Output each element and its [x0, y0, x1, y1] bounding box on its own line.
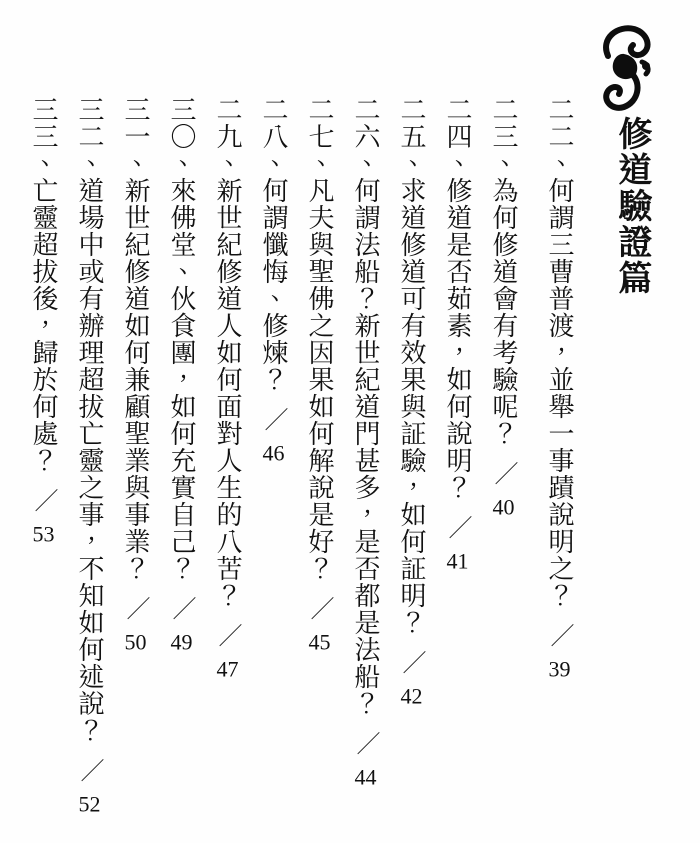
- page-number: 49: [169, 631, 194, 653]
- page-separator: ／: [444, 515, 470, 540]
- toc-entry-33: 三三、亡靈超拔後，歸於何處？／53: [20, 96, 66, 836]
- page-separator: ／: [490, 461, 516, 486]
- toc-entry-text: 二三、為何修道會有考驗呢？: [489, 96, 518, 447]
- page-number: 44: [353, 766, 378, 788]
- toc-entry-30: 三〇、來佛堂、伙食團，如何充實自己？／49: [158, 96, 204, 836]
- page-separator: ／: [306, 596, 332, 621]
- toc-entry-25: 二五、求道修道可有效果與証驗，如何証明？／42: [388, 96, 434, 836]
- page-number: 53: [31, 523, 56, 545]
- floral-flourish-icon: [596, 22, 660, 112]
- page-number: 46: [261, 442, 286, 464]
- page-number: 45: [307, 631, 332, 653]
- page-separator: ／: [122, 596, 148, 621]
- toc-entry-text: 二四、修道是否茹素，如何說明？: [443, 96, 472, 501]
- toc-entry-29: 二九、新世紀修道人如何面對人生的八苦？／47: [204, 96, 250, 836]
- toc-entry-text: 二八、何謂懺悔、修煉？: [259, 96, 288, 393]
- page-number: 47: [215, 658, 240, 680]
- page-separator: ／: [546, 623, 572, 648]
- page-separator: ／: [260, 407, 286, 432]
- page-number: 42: [399, 685, 424, 707]
- toc-entry-26: 二六、何謂法船？新世紀道門甚多，是否都是法船？／44: [342, 96, 388, 836]
- toc-entry-24: 二四、修道是否茹素，如何說明？／41: [434, 96, 480, 836]
- toc-entry-text: 二九、新世紀修道人如何面對人生的八苦？: [213, 96, 242, 609]
- page-separator: ／: [76, 758, 102, 783]
- toc-entry-23: 二三、為何修道會有考驗呢？／40: [480, 96, 526, 836]
- page-number: 41: [445, 550, 470, 572]
- toc-entry-31: 三一、新世紀修道如何兼顧聖業與事業？／50: [112, 96, 158, 836]
- toc-entry-text: 三三、亡靈超拔後，歸於何處？: [29, 96, 58, 474]
- page-separator: ／: [168, 596, 194, 621]
- page-number: 40: [491, 496, 516, 518]
- toc-entry-text: 二二、何謂三曹普渡，並舉一事蹟說明之？: [545, 96, 574, 609]
- toc-entry-27: 二七、凡夫與聖佛之因果如何解說是好？／45: [296, 96, 342, 836]
- toc-entry-text: 三〇、來佛堂、伙食團，如何充實自己？: [167, 96, 196, 582]
- toc-entry-text: 三二、道場中或有辦理超拔亡靈之事，不知如何述說？: [75, 96, 104, 744]
- toc-entry-text: 二六、何謂法船？新世紀道門甚多，是否都是法船？: [351, 96, 380, 717]
- toc-entry-32: 三二、道場中或有辦理超拔亡靈之事，不知如何述說？／52: [66, 96, 112, 836]
- section-title: 修道驗證篇: [608, 116, 654, 336]
- toc-entry-text: 三一、新世紀修道如何兼顧聖業與事業？: [121, 96, 150, 582]
- page-separator: ／: [30, 488, 56, 513]
- toc-entry-text: 二五、求道修道可有效果與証驗，如何証明？: [397, 96, 426, 636]
- page-separator: ／: [214, 623, 240, 648]
- page-separator: ／: [352, 731, 378, 756]
- page-number: 52: [77, 793, 102, 815]
- page-separator: ／: [398, 650, 424, 675]
- toc-entry-text: 二七、凡夫與聖佛之因果如何解說是好？: [305, 96, 334, 582]
- toc-entry-22: 二二、何謂三曹普渡，並舉一事蹟說明之？／39: [536, 96, 582, 836]
- toc-entry-28: 二八、何謂懺悔、修煉？／46: [250, 96, 296, 836]
- page-number: 50: [123, 631, 148, 653]
- book-page: 修道驗證篇 二二、何謂三曹普渡，並舉一事蹟說明之？／39 二三、為何修道會有考驗…: [0, 0, 700, 843]
- table-of-contents: 二二、何謂三曹普渡，並舉一事蹟說明之？／39 二三、為何修道會有考驗呢？／40 …: [22, 96, 582, 836]
- page-number: 39: [547, 658, 572, 680]
